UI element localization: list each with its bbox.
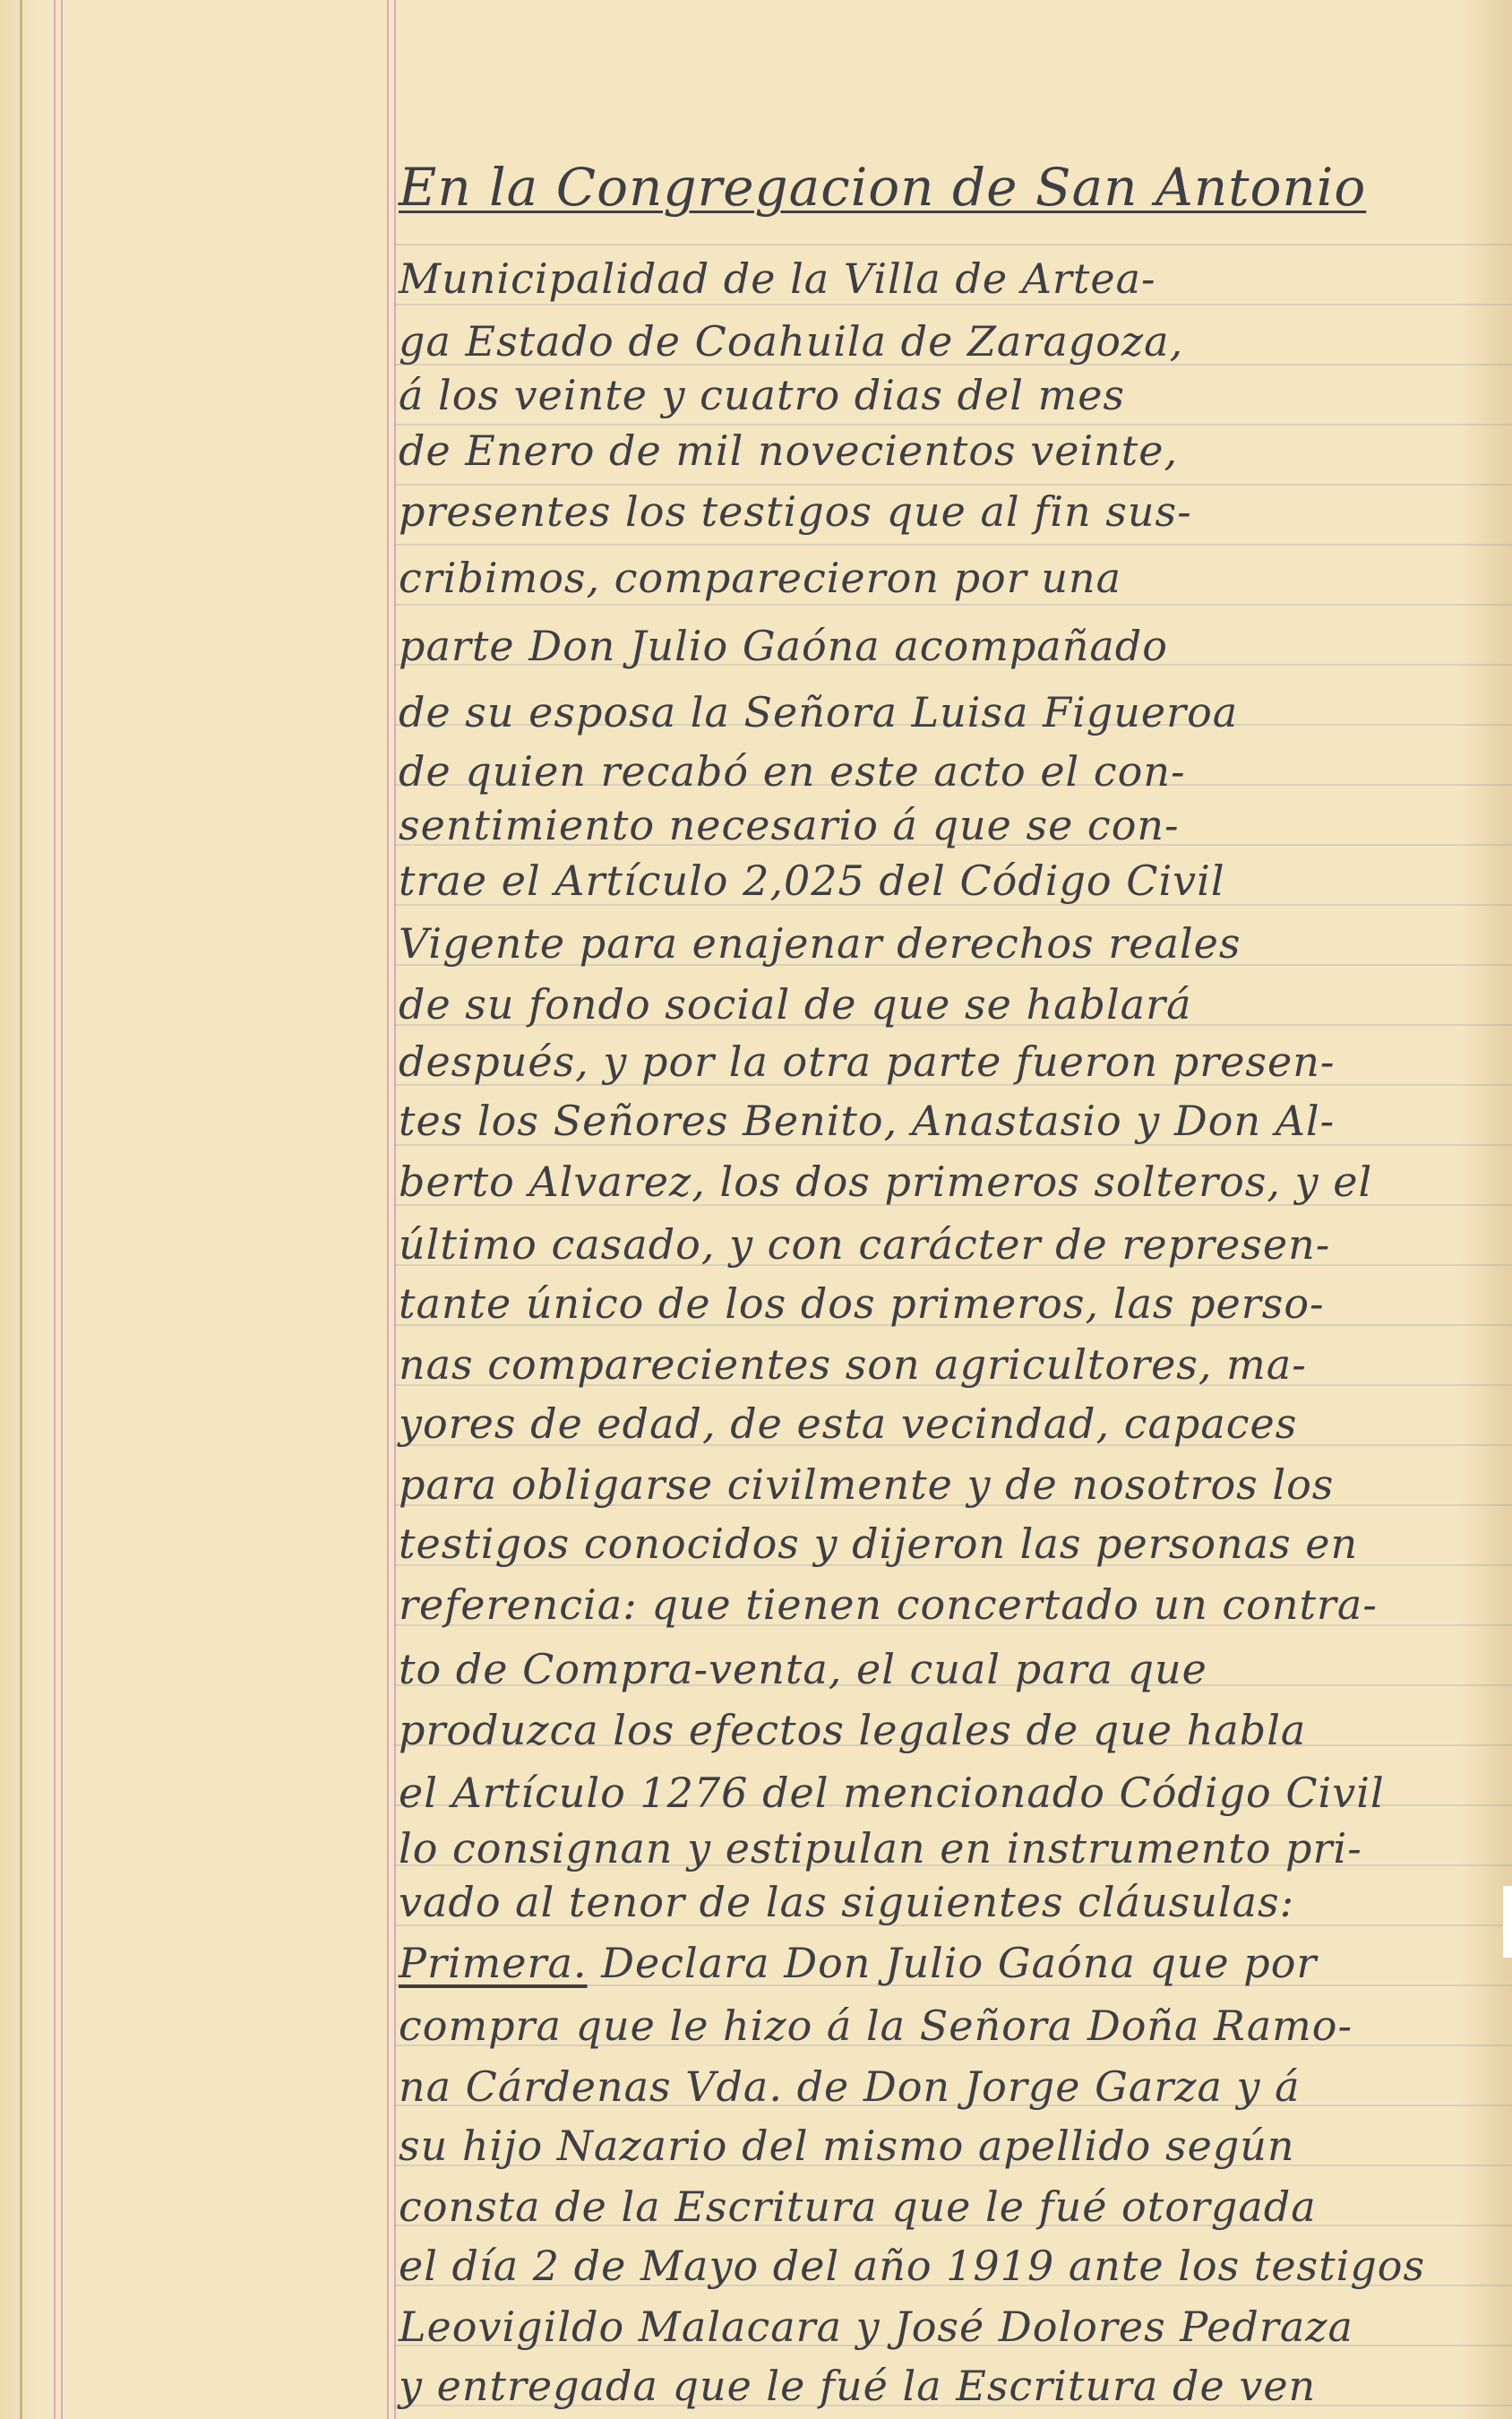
text-line: sentimiento necesario á que se con- <box>399 805 1180 846</box>
text-line: el día 2 de Mayo del año 1919 ante los t… <box>399 2245 1425 2286</box>
text-line: de Enero de mil novecientos veinte, <box>399 430 1178 471</box>
text-line: Leovigildo Malacara y José Dolores Pedra… <box>399 2306 1353 2347</box>
text-line: á los veinte y cuatro dias del mes <box>399 374 1125 416</box>
left-margin-rule-2 <box>61 0 63 2419</box>
text-line: de su fondo social de que se hablará <box>399 984 1192 1025</box>
text-line: parte Don Julio Gaóna acompañado <box>399 625 1168 667</box>
text-line: lo consignan y estipulan en instrumento … <box>399 1828 1362 1869</box>
text-line: na Cárdenas Vda. de Don Jorge Garza y á <box>399 2066 1301 2107</box>
left-margin-rule <box>54 0 56 2419</box>
text-line: berto Alvarez, los dos primeros solteros… <box>399 1161 1372 1202</box>
text-margin-rule <box>387 0 389 2419</box>
text-line: consta de la Escritura que le fué otorga… <box>399 2186 1317 2227</box>
text-line: Municipalidad de la Villa de Artea- <box>399 258 1156 299</box>
text-line: después, y por la otra parte fueron pres… <box>399 1041 1335 1082</box>
clause-text: Declara Don Julio Gaóna que por <box>588 1939 1318 1987</box>
text-line: vado al tenor de las siguientes cláusula… <box>399 1881 1294 1923</box>
text-margin-rule-2 <box>394 0 396 2419</box>
text-line: ga Estado de Coahuila de Zaragoza, <box>399 321 1183 362</box>
text-line-clause-primera: Primera. Declara Don Julio Gaóna que por <box>399 1942 1317 1984</box>
text-line: to de Compra-venta, el cual para que <box>399 1649 1207 1690</box>
text-line: último casado, y con carácter de represe… <box>399 1224 1330 1265</box>
text-line: y entregada que le fué la Escritura de v… <box>399 2365 1316 2406</box>
text-line: su hijo Nazario del mismo apellido según <box>399 2125 1295 2166</box>
heading-text: En la Congregacion de San Antonio <box>399 157 1366 218</box>
text-line: para obligarse civilmente y de nosotros … <box>399 1464 1334 1505</box>
text-line: testigos conocidos y dijeron las persona… <box>399 1523 1358 1564</box>
text-line: compra que le hizo á la Señora Doña Ramo… <box>399 2005 1353 2046</box>
text-line: tante único de los dos primeros, las per… <box>399 1283 1325 1324</box>
text-line: tes los Señores Benito, Anastasio y Don … <box>399 1100 1335 1141</box>
text-line: de quien recabó en este acto el con- <box>399 751 1186 792</box>
handwritten-text-block: En la Congregacion de San Antonio Munici… <box>399 0 1505 2419</box>
text-line: de su esposa la Señora Luisa Figueroa <box>399 692 1238 733</box>
clause-label: Primera. <box>399 1939 588 1987</box>
text-line: yores de edad, de esta vecindad, capaces <box>399 1403 1297 1444</box>
text-line: referencia: que tienen concertado un con… <box>399 1584 1378 1625</box>
book-spine <box>20 0 22 2419</box>
text-line: nas comparecientes son agricultores, ma- <box>399 1344 1307 1385</box>
text-line: trae el Artículo 2,025 del Código Civil <box>399 860 1225 901</box>
torn-edge <box>1503 1886 1512 1958</box>
text-line: produzca los efectos legales de que habl… <box>399 1709 1306 1751</box>
manuscript-page: En la Congregacion de San Antonio Munici… <box>0 0 1512 2419</box>
text-line: presentes los testigos que al fin sus- <box>399 491 1192 532</box>
text-line: cribimos, comparecieron por una <box>399 557 1121 598</box>
text-line-heading: En la Congregacion de San Antonio <box>399 161 1366 213</box>
text-line: Vigente para enajenar derechos reales <box>399 923 1241 964</box>
text-line: el Artículo 1276 del mencionado Código C… <box>399 1772 1385 1813</box>
